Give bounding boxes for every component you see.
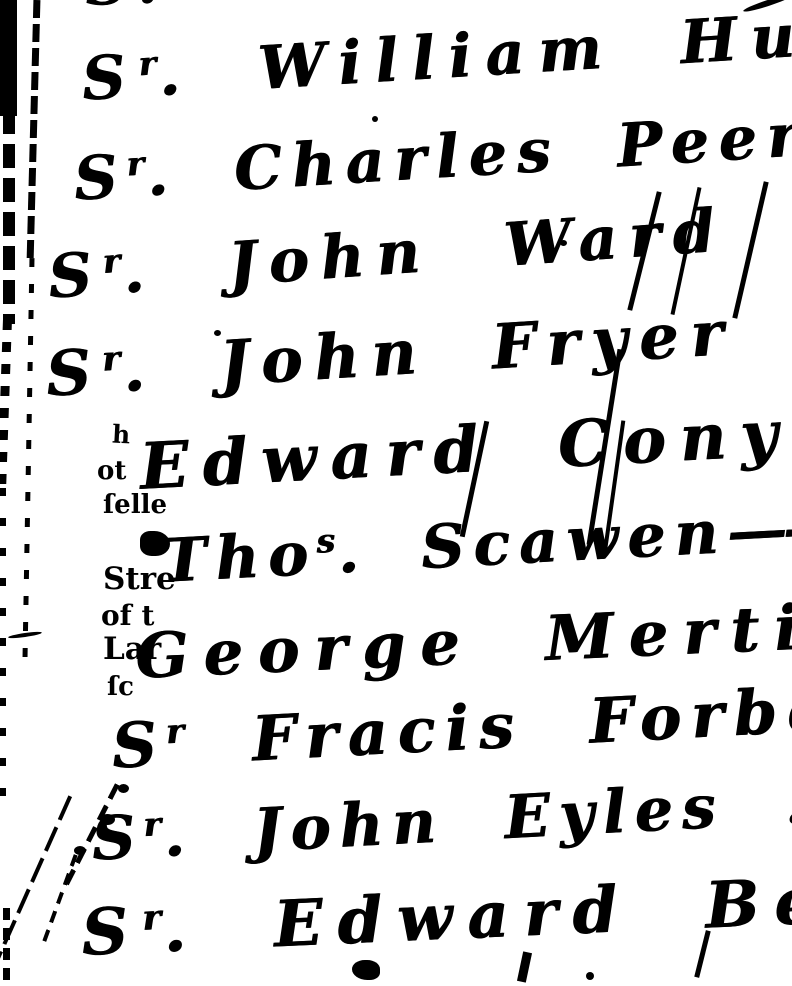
name-text: S. William <box>84 0 565 19</box>
name-text: S <box>46 239 106 313</box>
line-john-ward: Sr. John Ward <box>46 201 728 308</box>
name-text: . John Ward <box>120 196 728 308</box>
superscript-letter: r <box>101 241 123 281</box>
name-text: S <box>110 707 169 783</box>
name-text: . William Humph <box>156 0 792 110</box>
printed-text-fragment: ot <box>97 458 126 484</box>
binding-edge-speckles <box>3 110 15 324</box>
ink-smudge <box>74 846 86 855</box>
partial-letter-mark <box>352 960 380 980</box>
line-charles-peers: Sr. Charles Peers57 <box>72 96 792 210</box>
name-text: S <box>90 802 146 875</box>
name-text: S <box>44 335 105 411</box>
ink-smudge <box>118 784 129 793</box>
line-george-mertins: George Mertins <box>134 592 792 688</box>
superscript-letter: r <box>141 897 163 939</box>
name-text: . Charles Peers <box>144 97 792 210</box>
name-text: . Scawen <box>335 497 728 587</box>
page-fold-line <box>23 258 35 658</box>
name-text: George Mertins <box>134 586 792 693</box>
name-text: S <box>80 42 142 115</box>
partial-letter-mark <box>517 951 532 982</box>
line-top-partial: S. William <box>84 0 565 14</box>
line-thomas-scawen: Thos. Scawen——— Es <box>160 486 792 592</box>
name-text: . Edward Beech <box>161 856 792 968</box>
binding-edge-speckles <box>0 488 6 818</box>
name-text: Tho <box>160 519 319 597</box>
binding-edge-band <box>0 0 17 116</box>
superscript-letter: r <box>101 339 123 380</box>
superscript-letter: r <box>142 804 163 844</box>
line-william-humphreys: Sr. William Humph <box>80 0 792 110</box>
line-francis-forbes: Sr Fracis Forbes <box>110 676 792 778</box>
line-edward-conyers: Edward Conyers <box>138 394 792 500</box>
name-text: S <box>80 893 144 971</box>
printed-text-fragment: h <box>111 422 130 448</box>
printed-text-fragment: ſc <box>107 674 134 700</box>
name-text: ——— <box>725 489 792 568</box>
superscript-letter: s <box>315 521 338 561</box>
scratch-mark <box>0 795 72 968</box>
line-john-eyles: Sr. John Eyles .Bar: <box>90 763 792 870</box>
binding-edge-speckles <box>0 320 12 490</box>
page-fold-line <box>27 0 41 262</box>
superscript-letter: r <box>165 711 187 752</box>
name-text: S <box>72 142 130 215</box>
superscript-letter: r <box>137 43 159 83</box>
ink-dot <box>586 972 594 980</box>
name-text: Edward Conyers <box>138 388 792 505</box>
ink-dot <box>372 116 378 122</box>
line-edward-becher: Sr. Edward Beech <box>80 862 792 966</box>
superscript-letter: r <box>125 144 147 184</box>
scanned-manuscript-page: hotſelleStreof tLarſc S. WilliamSr. Will… <box>0 0 792 986</box>
scratch-mark <box>42 854 77 942</box>
